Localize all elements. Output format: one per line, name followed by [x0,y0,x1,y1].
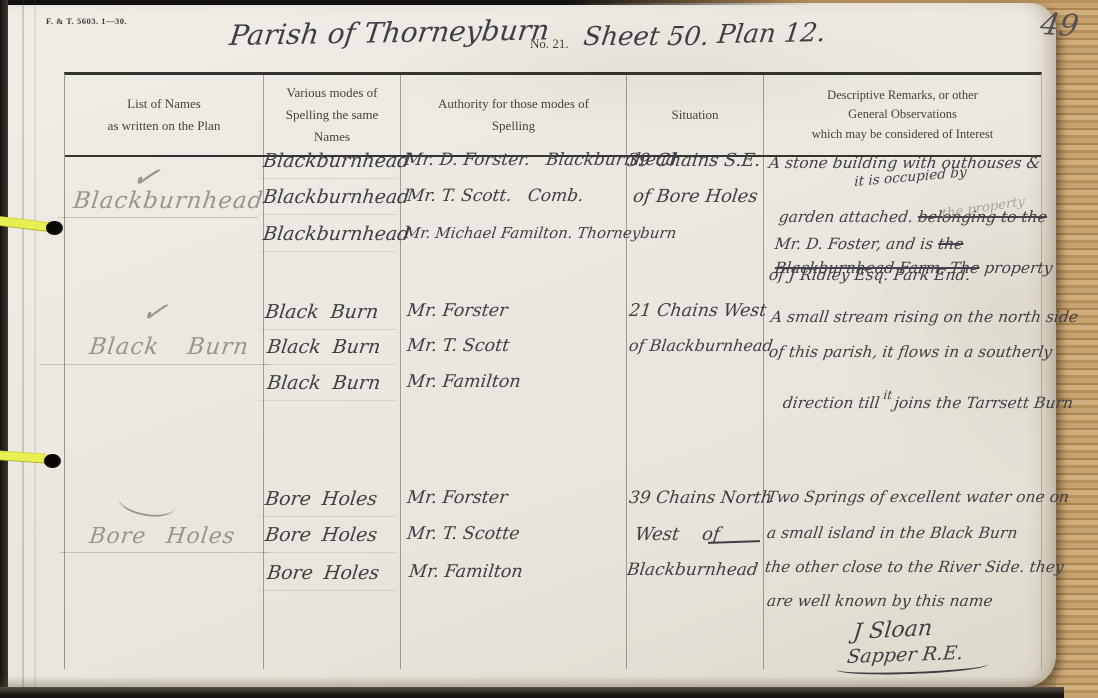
sheet-label: Sheet 50. [582,24,711,50]
page-number: 49 [1038,10,1081,42]
remark-line: A small stream rising on the north side [770,310,1079,326]
authority-entry: Mr. T. Scotte [406,526,521,544]
authority-entry: Mr. Michael Familton. Thorneyburn [404,226,677,241]
remark-line: Two Springs of excellent water one on [766,490,1070,506]
plan-label: Plan 12. [716,20,827,48]
name-on-plan-row2: Black Burn [88,336,250,359]
remark-line: a small island in the Black Burn [766,526,1018,542]
spelling-entry: Blackburnhead [262,188,411,207]
number-label: No. 21. [530,36,569,52]
spelling-entry: Black Burn [264,303,379,322]
authority-entry: Mr. T. Scott. Comb. [406,188,585,205]
ruled-guide [259,214,397,215]
surveyor-signature: J Sloan [852,618,933,644]
punch-hole-top [46,221,63,235]
ruled-guide [259,590,397,591]
authority-entry: Mr. Familton [406,374,522,392]
form-reference-stamp: F. & T. 5603. 1—30. [46,16,127,26]
ruled-guide [259,329,397,330]
pencil-baseline-row1 [58,217,258,218]
remark-line: of this parish, it flows in a southerly [768,345,1053,361]
spelling-entry: Black Burn [266,338,381,357]
spelling-entry: Black Burn [266,374,381,393]
situation-line: Blackburnhead [626,562,759,579]
name-on-plan-row1: Blackburnhead [72,190,265,213]
ruled-guide [259,178,397,179]
remark-line: the other close to the River Side. they [764,560,1065,576]
authority-entry: Mr. Familton [408,564,524,582]
bottom-edge-shadow [0,676,1056,687]
authority-entry: Mr. Forster [406,303,508,321]
page-top-edge [0,0,810,5]
name-on-plan-row3: Bore Holes [88,526,236,548]
left-crease-line-2 [34,0,36,692]
ruled-guide [259,400,397,401]
situation-line: 39 Chains North [628,490,773,507]
situation-line: of Bore Holes [632,188,759,206]
situation-line: 21 Chains West [628,303,767,321]
ruled-guide [259,552,397,553]
header-situation: Situation [626,75,763,155]
spelling-entry: Blackburnhead [262,225,411,244]
spelling-entry: Bore Holes [264,490,378,509]
ruled-guide [259,364,397,365]
spelling-entry: Bore Holes [264,526,378,545]
header-descriptive-remarks: Descriptive Remarks, or other General Ob… [763,75,1041,155]
ruled-guide [259,516,397,517]
page-bottom-edge [0,687,1064,698]
body-col-names [65,157,263,669]
authority-entry: Mr. Forster [406,490,508,508]
remark-line: of J Ridley Esq. Park End. [768,268,971,284]
punch-hole-bottom [44,454,61,468]
spelling-entry: Blackburnhead [262,152,411,171]
ruled-guide [259,251,397,252]
scanned-name-book-page: { "page": { "stamp": "F. & T. 5603. 1—30… [0,0,1098,698]
pencil-baseline-row3 [60,552,270,553]
remark-insertion: it [883,388,893,402]
header-modes-of-spelling: Various modes of Spelling the same Names [263,75,400,155]
header-authority: Authority for those modes of Spelling [400,75,626,155]
spelling-entry: Bore Holes [266,564,380,583]
remark-line: direction tillitjoins the Tarrsett Burn [772,380,1076,411]
table-header-row: List of Names as written on the Plan Var… [65,75,1041,157]
header-list-of-names: List of Names as written on the Plan [65,75,263,155]
authority-entry: Mr. T. Scott [406,338,510,356]
left-crease-line [22,0,24,692]
parish-title: Parish of Thorneyburn [228,16,551,50]
pencil-baseline-row2 [40,364,270,365]
situation-line: of Blackburnhead [628,338,774,354]
remark-line: are well known by this name [766,594,994,610]
page-left-edge [0,0,8,698]
situation-line: 39 Chains S.E. [626,152,762,170]
